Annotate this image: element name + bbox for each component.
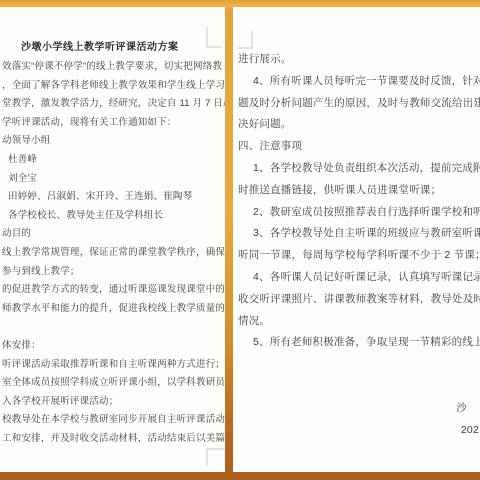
text-line: 202 bbox=[238, 420, 480, 442]
corner-mark-icon bbox=[206, 27, 221, 48]
text-line: 收交听评课照片、讲课教师教案等材料，教导处及时 bbox=[238, 289, 480, 311]
text-line: 决好问题。 bbox=[238, 114, 480, 136]
document-page-left: 沙墩小学线上教学听评课活动方案 效落实“停课不停学”的线上教学要求，切实把网络教… bbox=[0, 7, 225, 472]
text-line: 听评课活动采取推荐听课和自主听课两种方式进行； bbox=[2, 356, 225, 375]
text-line: 沙 bbox=[238, 398, 480, 420]
text-line: 题及时分析问题产生的原因，及时与教师交流给出建 bbox=[238, 93, 480, 115]
text-line: 室全体成员按照学科成立听评课小组，以学科教研员为听 bbox=[2, 374, 225, 393]
text-line: 入各学校开展听评课活动； bbox=[2, 393, 225, 412]
text-line: 工和安排，并及时收交活动材料，活动结束后以美篇形式 bbox=[2, 430, 225, 449]
text-line: 5、所有老师积极准备，争取呈现一节精彩的线上教 bbox=[238, 332, 480, 354]
text-line: 线上教学常规管理，保证正常的课堂教学秩序，确保每一 bbox=[2, 244, 225, 263]
text-line: 情况。 bbox=[238, 311, 480, 333]
text-line: 师教学水平和能力的提升，促进我校线上教学质量的稳步 bbox=[2, 300, 225, 319]
document-title: 沙墩小学线上教学听评课活动方案 bbox=[21, 38, 179, 53]
text-line: 校教导处在本学校与教研室同步开展自主听评课活动，做 bbox=[2, 411, 225, 430]
text-line: 堂教学，激发教学活力，经研究，决定自 11 月 7 日起 bbox=[2, 95, 225, 114]
text-line: 1、各学校教导处负责组织本次活动，提前完成附件 bbox=[238, 158, 480, 180]
left-page-text: 效落实“停课不停学”的线上教学要求，切实把网络教，全面了解各学科老师线上教学效果… bbox=[2, 58, 225, 448]
text-line bbox=[2, 318, 225, 337]
text-line: 田婷婷、吕淑娟、宋开玲、王连娟、崔陶琴 bbox=[2, 188, 225, 207]
text-line: 的促进教学方式的转变，通过听课巡课发现课堂中的问题 bbox=[2, 281, 225, 300]
text-line: 时推送直播链接，供听课人员进课堂听课； bbox=[238, 180, 480, 202]
text-line: 动目的 bbox=[2, 225, 225, 244]
text-line: 进行展示。 bbox=[238, 49, 480, 71]
text-line: 各学校校长、教导处主任及学科组长 bbox=[2, 207, 225, 226]
text-line: 学听评课活动，现将有关工作通知如下： bbox=[2, 114, 225, 133]
text-line: 2、教研室成员按照推荐表自行选择听课学校和听课 bbox=[238, 202, 480, 224]
text-line: 杜善峰 bbox=[2, 151, 225, 170]
right-page-text: 进行展示。4、所有听课人员每听完一节课要及时反馈，针对课题及时分析问题产生的原因… bbox=[238, 49, 480, 441]
text-line: 体安排： bbox=[2, 337, 225, 356]
text-line: 动领导小组 bbox=[2, 132, 225, 151]
text-line: ，全面了解各学科老师线上教学效果和学生线上学习情 bbox=[2, 77, 225, 96]
text-line: 刘全宝 bbox=[2, 170, 225, 189]
text-line: 四、注意事项 bbox=[238, 136, 480, 158]
document-page-right: 进行展示。4、所有听课人员每听完一节课要及时反馈，针对课题及时分析问题产生的原因… bbox=[233, 7, 480, 472]
text-line: 听同一节课，每周每学校每学科听课不少于 2 节课； bbox=[238, 245, 480, 267]
corner-mark-icon bbox=[238, 31, 253, 49]
text-line: 效落实“停课不停学”的线上教学要求，切实把网络教 bbox=[2, 58, 225, 77]
text-line: 参与到线上教学； bbox=[2, 263, 225, 282]
text-line bbox=[238, 354, 480, 376]
corner-mark-icon bbox=[206, 448, 224, 466]
text-line: 4、各听课人员记好听课记录，认真填写听课记录表 bbox=[238, 267, 480, 289]
text-line bbox=[238, 376, 480, 398]
text-line: 4、所有听课人员每听完一节课要及时反馈，针对课 bbox=[238, 71, 480, 93]
text-line: 3、各学校教导处自主听课的班级应与教研室听课的 bbox=[238, 223, 480, 245]
album-background: 沙墩小学线上教学听评课活动方案 效落实“停课不停学”的线上教学要求，切实把网络教… bbox=[0, 0, 480, 480]
